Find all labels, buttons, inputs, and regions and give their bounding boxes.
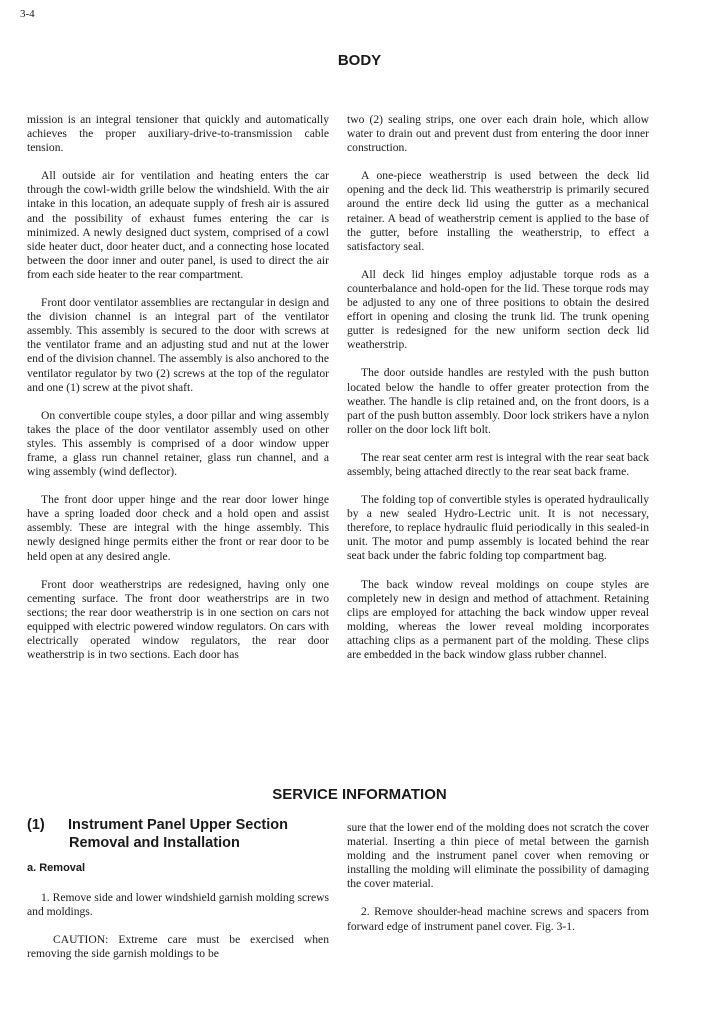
paragraph: mission is an integral tensioner that qu…	[27, 113, 329, 155]
procedure-title-line1: Instrument Panel Upper Section	[68, 816, 328, 834]
right-column: two (2) sealing strips, one over each dr…	[347, 113, 649, 676]
paragraph: On convertible coupe styles, a door pill…	[27, 409, 329, 479]
paragraph: two (2) sealing strips, one over each dr…	[347, 113, 649, 155]
step-paragraph: 2. Remove shoulder-head machine screws a…	[347, 905, 649, 933]
page-number: 3-4	[20, 8, 35, 20]
paragraph: The door outside handles are restyled wi…	[347, 366, 649, 436]
paragraph: The folding top of convertible styles is…	[347, 493, 649, 563]
paragraph: A one-piece weatherstrip is used between…	[347, 169, 649, 254]
caution-paragraph: CAUTION: Extreme care must be exercised …	[27, 933, 329, 961]
paragraph: The back window reveal moldings on coupe…	[347, 578, 649, 663]
paragraph: sure that the lower end of the molding d…	[347, 821, 649, 891]
paragraph: Front door ventilator assemblies are rec…	[27, 296, 329, 395]
paragraph: The rear seat center arm rest is integra…	[347, 451, 649, 479]
procedure-title-line2: Removal and Installation	[68, 834, 328, 852]
service-right-column: sure that the lower end of the molding d…	[347, 821, 649, 948]
procedure-number: (1)	[27, 816, 45, 834]
step-paragraph: 1. Remove side and lower windshield garn…	[27, 891, 329, 919]
page-header: BODY	[0, 52, 719, 69]
paragraph: Front door weatherstrips are redesigned,…	[27, 578, 329, 663]
paragraph: All outside air for ventilation and heat…	[27, 169, 329, 282]
service-left-column: 1. Remove side and lower windshield garn…	[27, 891, 329, 975]
subsection-label: a. Removal	[27, 862, 85, 874]
paragraph: All deck lid hinges employ adjustable to…	[347, 268, 649, 353]
paragraph: The front door upper hinge and the rear …	[27, 493, 329, 563]
left-column: mission is an integral tensioner that qu…	[27, 113, 329, 676]
section-title: SERVICE INFORMATION	[0, 786, 719, 803]
